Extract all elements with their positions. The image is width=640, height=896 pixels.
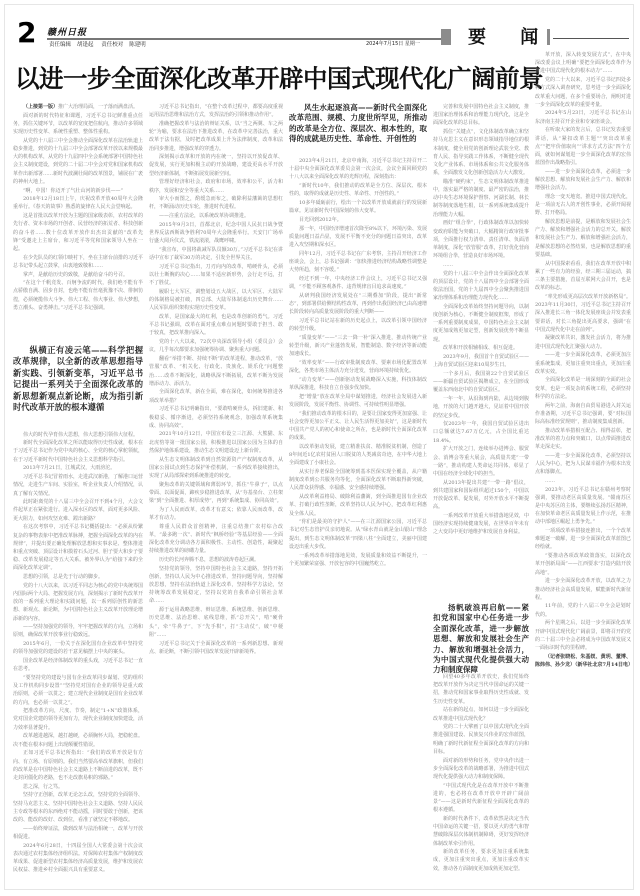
paragraph: 从研判我国经济发展处在“三期叠加”阶段，提出“新常态”，到部署供给侧结构性改革，… [289, 292, 427, 317]
paragraph: 抓住“关键点”，文化体制改革确立和坚持马克思主义在意识形态领域指导地位的根本制度… [433, 128, 529, 177]
paragraph: 以改革驱动发展，建立精准扶贫、精准脱贫机制，创造了8年间近1亿农村贫困人口脱贫的… [289, 443, 427, 468]
paragraph: 革开放，深入转变发展方式”，在中央深改委会议上明确“要把全面深化改革作为推进中国… [535, 51, 631, 76]
column-2-text: 习近平总书记指出，“在整个改革过程中，都要高度重视运用法治思维和法治方式，发挥法… [149, 103, 283, 656]
paragraph: 2021年10月12日，中国宣布设立三江源、大熊猫、东北虎豹等第一批国家公园，积… [149, 430, 283, 455]
masthead: 2 赣州日报 责任编辑胡逢起 责任校对陈建明 2024年7月15日 星期一 要 … [5, 19, 635, 45]
paragraph: 准确把握改革与法治的辩证关系，以“当之两翼、车之两轮”为喻，要求在法治下推进改革… [149, 120, 283, 153]
paragraph: 2024年5月23日，习近平总书记在山东济南主持召开企业和专家座谈会。 [535, 109, 631, 125]
paragraph: “要推动各项改革政策落实，以深化改革开创新局面”——江西要求“打造内陆开放高地”… [535, 552, 631, 577]
paragraph: “中国式现代化是在改革开放中不断推进的，也必将在改革开放中开辟广阔前景”——这是… [433, 782, 529, 815]
paragraph: 一年一年，从沿海到内陆，从边境到腹地，开放的大门越开越大，见证着中国开放的坚定步… [433, 395, 529, 420]
paragraph: ——始终辩证法，做到改革与法治相统一，改革与开放相促进。 [13, 825, 143, 841]
paragraph: 从2013年提出共建“一带一路”倡议，到共建国家和国际组织超过150个，中国以开… [433, 479, 529, 512]
paragraph: 进一步全面深化改革开放，以改革之力推动经济社会高质量发展，赋能新时代新征程。 [535, 577, 631, 602]
paragraph: 尊重人民群众首创精神，注重总结推广农村综合改革，“最多跑一次”、新时代“枫桥经验… [149, 523, 283, 556]
paragraph: 掌声，是献给历史的致敬，是献给奋斗的号召。 [13, 271, 143, 279]
paragraph: 画好“组合拳”，行政体制改革以加快转变政府职能为突破口，大幅精简行政审批事项，全… [433, 219, 529, 260]
paragraph: 一个多月后，我国第22个自贸试验区——新疆自贸试验区揭牌成立，在全国形成覆盖东西… [433, 370, 529, 395]
paragraph: “效率变革”——行政审批制度改革、要素市场化配置改革深化，各类市场主体活力充分迸… [289, 359, 427, 375]
paragraph: 10多年砥砺前行，绘出一个以改革开放成就前行的发展新篇章。见证新时代中国深刻的伟… [289, 199, 427, 215]
paragraph: 国企改革是经济体制改革的重头戏，习近平总书记一直在思考。 [13, 657, 143, 673]
paragraph: 2023年，习近平总书记在赣州考察时强调，要推动老区高质量发展。“赣南苏区是中央… [535, 486, 631, 527]
paragraph: 2015年9月3日，首都北京，纪念中国人民抗日战争暨世界反法西斯战争胜利70周年… [149, 221, 283, 246]
section-title: 要 闻 [468, 28, 552, 48]
paragraph: 从党的十八届三中全会推动全面深化改革在法治轨道上稳步推进，到党的十九届三中全会部… [13, 137, 143, 186]
paragraph: 坚持守正创新，改革无论怎么改，坚持党的全面领导、坚持马克思主义、坚持中国特色社会… [13, 791, 143, 824]
paragraph: 2024年6月28日，十四届全国人大常委会第十次会议表决通过农村集体经济组织法。… [13, 842, 143, 875]
paragraph: 坚持党的领导，坚持中国特色社会主义道路，坚持开拓创新，坚持以人民为中心推进改革，… [149, 565, 283, 606]
paragraph: 回望40多年改革开放史，我们党始终把改革开放作为决定当代中国命运的关键一招，推动… [433, 673, 529, 706]
column-5-text: 革开放，深入转变发展方式”，在中央深改委会议上明确“要把全面深化改革作为推进中国… [535, 51, 631, 652]
paragraph: 一系列改革开放重大举措落地见效，中国经济实现持续健康发展，在世界百年未有之大变局… [433, 512, 529, 537]
paragraph: 两年之前，海南自由贸易港进入封关运作准备期，习近平总书记强调，要“对标国际高标准… [535, 402, 631, 427]
article-column-4: 完善和发展中国特色社会主义制度，推进国家治理体系和治理能力现代化，这是全面深化改… [433, 103, 529, 599]
paragraph: 聚焦改革的关键领域和薄弱环节，抓住“牛鼻子”，以点带面、以面促面，蹄疾步稳推进改… [149, 481, 283, 506]
column-3-text: 2023年4月21日，北京中南海，习近平总书记主持召开二十届中央全面深化改革委员… [289, 157, 427, 568]
article-column-1: （上接第一版）推广大治理局面，一子落而满盘活。面对新的时代特征和课题，习近平总书… [13, 103, 143, 895]
paragraph: 审大小而图之，酌缓急而布之，破除利益藩篱的思想杠杆，不断涌动历史车轮，推进时代进… [149, 195, 283, 211]
paragraph: 2023年4月21日，北京中南海，习近平总书记主持召开二十届中央全面深化改革委员… [289, 157, 427, 182]
paragraph: …… [535, 477, 631, 485]
paragraph: 凝聚改革共识，激发社会活力，将为推进中国式现代化汇聚强大动力。 [535, 334, 631, 350]
paragraph: 两个星期之后，以进一步全面深化改革开辟中国式现代化广阔前景，即将召开的党的二十届… [535, 619, 631, 652]
article-column-2: 习近平总书记指出，“在整个改革过程中，都要高度重视运用法治思维和法治方式，发挥法… [149, 103, 283, 895]
paragraph: 思之深，行之笃。 [13, 783, 143, 791]
paragraph: 新的时代条件下，改革依然是决定当代中国命运的关键一招，要以更大的勇气和智慧破除深… [433, 815, 529, 848]
paragraph: 面对新的形势和任务，党中央作出进一步全面深化改革的战略部署，为推进中国式现代化提… [433, 757, 529, 782]
paragraph: “我宣布，中国将裁减军队员额30万。”习近平总书记在讲话中宣布了裁军30万的决定… [149, 246, 283, 262]
paragraph: 推动改革举措相互配合、相得益彰，把准改革的着力点和突破口，以点带面推进改革走深走… [535, 427, 631, 452]
paragraph: 站在新的起点，如何以进一步全面深化改革推进中国式现代化？ [433, 706, 529, 722]
paragraph: 习近平总书记指出，“在整个改革过程中，都要高度重视运用法治思维和法治方式，发挥法… [149, 103, 283, 119]
newspaper-page: 2 赣州日报 责任编辑胡逢起 责任校对陈建明 2024年7月15日 星期一 要 … [4, 4, 634, 890]
subhead-3: 扬帆破浪再启航——紧扣党和国家中心任务进一步全面深化改革，进一步解放思想、解放和… [433, 603, 529, 676]
page-number: 2 [17, 21, 36, 45]
paragraph: 仅2023年一年，我国自贸试验区进出口总额就达7.67万亿元，占全国比重达18.… [433, 420, 529, 445]
paragraph: “质量变革”——“三去一降一补”深入推进，推动传统产业转型升级，新兴产业蓬勃发展… [289, 334, 427, 359]
paragraph: 此时距离党的十八届三中全会召开不到4个月，大会文件起草正在紧张进行。进入深水区的… [13, 498, 143, 523]
paragraph: 改革和开放相辅相成、相互促进。 [433, 344, 529, 352]
paragraph: 伟大的时代孕育伟大思想，伟大思想引领伟大征程。 [13, 431, 143, 439]
paragraph: 2015年6月，一份关于在深化国有企业改革中坚持党的领导加强党的建设的若干意见稿… [13, 640, 143, 656]
paragraph: 习近平总书记站在新的历史起点上，以改革引领中国经济的转型升级。 [289, 317, 427, 333]
paragraph: 深刻揭示改革和开放的内在统一，坚持以开放促改革、促发展，实行更加积极主动的开放战… [149, 153, 283, 178]
paragraph: 扩大开放之门，连续举办进博会、服贸会、消博会等重大展会，高质量共建“一带一路”，… [433, 445, 529, 478]
article-column-3: 2023年4月21日，北京中南海，习近平总书记主持召开二十届中央全面深化改革委员… [289, 157, 427, 893]
paragraph: 新的改革任务，要求更加注重系统集成，更加注重突出重点，更加注重改革实效，推动各方… [433, 848, 529, 873]
subhead-2: 风生水起逐浪高——新时代全面深化改革范围、规模、力度世所罕见，所推动的改革是全方… [289, 103, 427, 145]
headline: 以进一步全面深化改革开辟中国式现代化广阔前景 [15, 63, 460, 95]
paragraph: 2013年7月21日，江城武汉，大雨滂沱。 [13, 464, 143, 472]
paragraph: 在听取大家的发言后，总书记发表重要讲话，从“紧扣改革主题”“突出改革重点”“把牢… [535, 126, 631, 167]
paragraph: 党的十八大以来，以习近平同志为核心的党中央统筹国内国际两个大局、把握发展方向，深… [13, 582, 143, 623]
paragraph: …… [433, 261, 529, 269]
paragraph: “在这个千帆竞发、百舸争流的时代，我们绝不能有半点骄傲自满、固步自封，也绝不能有… [13, 279, 143, 312]
paragraph: 管理好经济和社会，政府和市场，效率和公平，活力和秩序，发展和安全等重大关系…… [149, 178, 283, 194]
paragraph: “率先形成更高层次改革开放新格局”。2023年11月30日，习近平总书记主持召开… [535, 293, 631, 334]
paragraph: 一项项改革举措接连推出，一个个改革难题逐一破解，进一步全面深化改革蓝图已经绘就。 [535, 527, 631, 552]
paragraph: 目光回到2012年。 [289, 216, 427, 224]
paragraph: 新时代全面深化改革之所以能取得历史性成就，根本在于习近平总书记作为党中央的核心、… [13, 439, 143, 464]
column-4-text-top: 完善和发展中国特色社会主义制度，推进国家治理体系和治理能力现代化，这是全面深化改… [433, 103, 529, 537]
editor-label: 责任编辑 [49, 42, 71, 48]
section-bar-left [441, 29, 451, 45]
paragraph: 党的十八届三中全会作出全面深化改革的顶层设计，党的十八届四中全会部署全面依法治国… [433, 270, 529, 303]
paragraph: 党的二十大擘画了以中国式现代化全面推进强国建设、民族复兴伟业的宏伟蓝图，明确了新… [433, 723, 529, 756]
paragraph: 完善和发展中国特色社会主义制度，推进国家治理体系和治理能力现代化，这是全面深化改… [433, 103, 529, 128]
paragraph: 从改革利益格局、破除利益藩篱，到全面推进国有企业改革、打破行政性垄断，改革坚持以… [289, 493, 427, 518]
paragraph: 历史的长河奔腾不息，思想的波涛卷起巨澜。 [149, 556, 283, 564]
paragraph: 2023年9月，我国首个自贸试验区——上海自贸试验区迎来10周岁生日。 [433, 353, 529, 369]
paragraph: 党的二十大以来，习近平总书记四处多种方式深入调查研究，思考进一步全面深化改革重大… [535, 76, 631, 109]
article-column-4-continued: 回望40多年改革开放史，我们党始终把改革开放作为决定当代中国命运的关键一招，推动… [433, 673, 529, 893]
paragraph: 经过不到一年，中央经济工作会议上，习近平总书记又强调，“不能不顾客观条件、违背规… [289, 275, 427, 291]
paragraph: 思想的引领，总是先于行动的脚步。 [13, 573, 143, 581]
paragraph: 全面深化改革，新在全面，难在深化，如何统筹推进各项改革举措？ [149, 388, 283, 404]
paragraph: 那一年，中国经济增速首次降至8%以下，环境污染、发展质量问题日益凸显，发展不平衡… [289, 225, 427, 250]
paragraph: 源于运用战略思维、辩证思维、系统思维、创新思维、历史思维、法治思维、底线思维，抓… [149, 606, 283, 639]
issue-weekday: 星期一 [405, 41, 420, 47]
paragraph: 从生态文明体制改革到自然资源资产产权制度改革，从国家公园试点到生态保护补偿机制，… [149, 456, 283, 481]
paragraph: 正如习近平总书记所指出：“我们的改革开放是有方向、有立场、有原则的。我们当然要高… [13, 749, 143, 782]
paragraph: 2018年12月18日上午，庆祝改革开放40周年大会隆重举行。《春天的故事》熟悉… [13, 195, 143, 211]
paragraph: 一系列改革举措落地见效，发展质量和效益不断提升，一个更加繁荣富强、开放包容的中国… [289, 552, 427, 568]
issue-date: 2024年7月15日 [366, 41, 403, 47]
paragraph: 为了人民而改革，改革才有意义；依靠人民而改革，改革才有动力。 [149, 506, 283, 522]
paragraph: 面对新的时代特征和课题，习近平总书记鲜准重点任务，抓住关键环节，以改革的宽度把住… [13, 112, 143, 137]
paragraph: 把准改革方向，尺度、节奏，制定“1+N”政策体系，党对国企党建的领导更加有力，现… [13, 707, 143, 732]
paragraph: 翻看“举措不断、持续不断”的改革进程，推动改革，“放管服”改革、“机关化、行政化… [149, 355, 283, 388]
proofreader-label: 责任校对 [101, 42, 123, 48]
paragraph: 全面深化改革始终坚持问题导向，以制度创新为核心，不断健全制度框架，形成了一系列重… [433, 303, 529, 344]
paragraph: 改革越进越深，越打越硬，必须胸怀大局，把稳舵盘。决不能在根本问题上出现颠覆性错误… [13, 732, 143, 748]
paragraph: 瞄准“硬约束”，生态文明体制改革推进中，落实最严格的制度、最严密的法治，推动中央… [433, 178, 529, 219]
paragraph: “新时代10年，我们推动的改革是全方位、深层次、根本性的，取得的成就是历史性、革… [289, 182, 427, 198]
paragraph: “啊，中国！你迈开了气壮山河的新步伐——” [13, 187, 143, 195]
paragraph: ——坚持加强党的领导，牢牢把握改革的方向，立场和原则，确保改革开放事业行稳致远。 [13, 623, 143, 639]
editor-name: 胡逢起 [77, 42, 94, 48]
column-1-text-top: （上接第一版）推广大治理局面，一子落而满盘活。面对新的时代特征和课题，习近平总书… [13, 103, 143, 312]
proofreader-name: 陈建明 [129, 42, 146, 48]
byline: （记者张晓松、朱基钗、黄玥、董博、陈炜伟、孙少龙）（新华社北京7月14日电） [535, 653, 631, 669]
paragraph: 11年前，党的十八届三中全会是划时代的。 [535, 602, 631, 618]
paragraph: ——进一步全面深化改革，必须更加注重系统集成，更加注重突出重点，更加注重改革实效… [535, 351, 631, 376]
paragraph: 习近平总书记冒着雨水，走进武汉新港，了解港口运营情况，走进生产车间、实验室，听企… [13, 473, 143, 498]
paragraph: 理念一变天地宽。推进中国式现代化，是一项前无古人的开创性事业，必须开阔视野、打开… [535, 193, 631, 218]
paragraph: 党的十八大以来，72次中央深改领导小组（委员会）会议，几乎每次都要求加强统筹协调… [149, 338, 283, 354]
paragraph: 在这次考察中，习近平总书记概括提出：“必须从纷繁复杂的事物表象中把准改革脉搏，把… [13, 523, 143, 572]
subhead-1: 纵横正有凌云笔——科学把握改革规律，以全新的改革思想指导新实践、引领新变革，习近… [13, 345, 143, 413]
paragraph: “你们是最美的守护人”——在三江源国家公园，习近平总书记对生态管护员亲切地说。从… [289, 518, 427, 551]
paragraph: 这是首批以改革开放为主题的国家级表彰，农村改革的先行者、资本市场的开创者、民营经… [13, 212, 143, 253]
section-bar-right [547, 29, 550, 45]
paragraph: 同年12月，习近平总书记在广东考察，主持召开经济工作座谈会，会上，总书记强调：“… [289, 250, 427, 275]
paragraph: 从中国探索看看，我们在改革开放中积累了一些有力的经验，经三期三届运动，搞三条主要… [535, 260, 631, 293]
paragraph: ——注重方法论，以系统改革协调推进。 [149, 212, 283, 220]
column-4-text-bottom: 回望40多年改革开放史，我们党始终把改革开放作为决定当代中国命运的关键一招，推动… [433, 673, 529, 873]
paragraph: 全面深化改革是一场深刻的全面的社会变革，也是一项复杂的系统工程，必须坚持科学的方… [535, 376, 631, 401]
column-1-text-bottom: 伟大的时代孕育伟大思想，伟大思想引领伟大征程。新时代全面深化改革之所以能取得历史… [13, 431, 143, 875]
paragraph: 把“增量”放在改革全局中谋划推进，经济社会发展进入新发展阶段，发展平衡性、协调性… [289, 393, 427, 409]
paragraph: （上接第一版）推广大治理局面，一子落而满盘活。 [13, 103, 143, 111]
article-column-5: 革开放，深入转变发展方式”，在中央深改委会议上明确“要把全面深化改革作为推进中国… [535, 51, 631, 893]
continuation-marker: （上接第一版） [23, 104, 58, 110]
editor-credits: 责任编辑胡逢起 责任校对陈建明 [49, 40, 152, 48]
paragraph: 习近平总书记明确指出，“要敢啃硬骨头，拆旧建新、积极稳妥、循序渐进，必须坚持系统… [149, 405, 283, 430]
masthead-rule-right [553, 38, 629, 39]
paragraph: 习近平总书记指出，刀刃向内的改革，啃硬骨头，必须以壮士断腕的决心……如果不适应新… [149, 263, 283, 288]
paragraph: 改革，是国家最大的红利，也是改革创新的勇气。习近平总书记强调，改革在面对重点难点… [149, 313, 283, 338]
paragraph: “动力变革”——创新驱动发展战略深入实施，科技体制改革纵深推进，科技自立自强步伐… [289, 376, 427, 392]
paragraph: 从实行养老保险全国统筹到基本医保实现全覆盖，从户籍制度改革到公共服务均等化，全面… [289, 468, 427, 493]
dateline: 2024年7月15日 星期一 [366, 40, 420, 47]
paragraph: 在少先队员的红领巾映衬下，坐在主席台前排的习近平总书记带头起立鼓掌，由衷地致敬和… [13, 254, 143, 270]
paragraph: “我们推动改革的根本目的，是要让国家变得更加富强、让社会变得更加公平正义、让人民… [289, 410, 427, 443]
paragraph: 履职七大军区，调整划设五大战区，以大军区、大陆军的体制格局被打破，四总部、大陆军… [149, 288, 283, 313]
paragraph: “要坚持党的建设与国有企业改革同步谋划、党的组织及工作机构同步设置”“坚持党对国… [13, 674, 143, 707]
paragraph: ——进一步全面深化改革，必须坚持以人民为中心，把为人民谋幸福作为根本出发点和落脚… [535, 452, 631, 477]
paragraph: 解放思想是前提，是解放和发展社会生产力、解放和增强社会活力的总开关。解放和发展社… [535, 218, 631, 259]
paragraph: ——进一步全面深化改革，必须进一步解放思想、解放和发展社会生产力、解放和增强社会… [535, 168, 631, 193]
paragraph: 习近平总书记关于全面深化改革的一系列新思想、新观点、新论断，不断引领中国改革发展… [149, 640, 283, 656]
paper-name: 赣州日报 [47, 25, 87, 38]
